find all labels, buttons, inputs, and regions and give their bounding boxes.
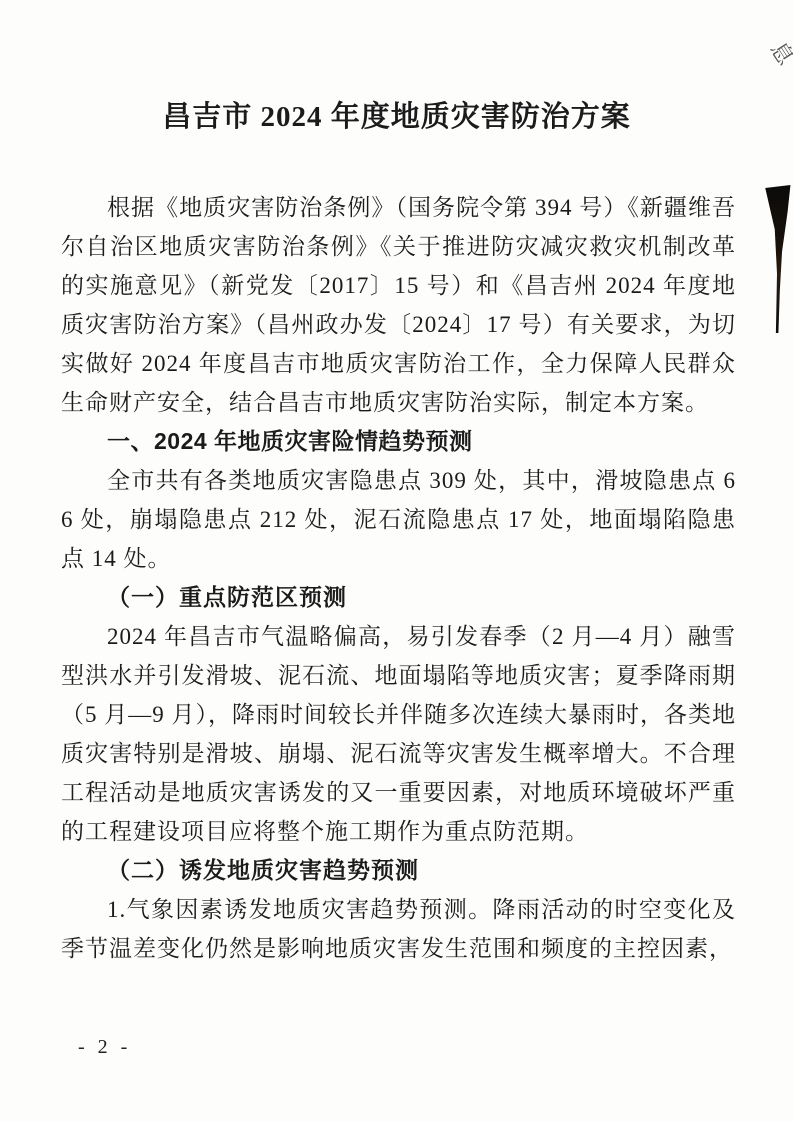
page-number: - 2 - bbox=[78, 1036, 131, 1059]
document-page: 预息 昌吉市 2024 年度地质灾害防治方案 根据《地质灾害防治条例》（国务院令… bbox=[0, 0, 793, 1122]
handwriting-mark: 预息 bbox=[760, 18, 793, 74]
scan-artifact bbox=[763, 185, 791, 333]
paragraph-key-prevention-zones: 2024 年昌吉市气温略偏高，易引发春季（2 月—4 月）融雪型洪水并引发滑坡、… bbox=[61, 617, 736, 851]
section-heading-1: 一、2024 年地质灾害险情趋势预测 bbox=[61, 422, 736, 461]
document-title: 昌吉市 2024 年度地质灾害防治方案 bbox=[70, 96, 723, 138]
paragraph-intro: 根据《地质灾害防治条例》（国务院令第 394 号）《新疆维吾尔自治区地质灾害防治… bbox=[61, 188, 736, 422]
subsection-heading-1: （一）重点防范区预测 bbox=[61, 578, 736, 617]
paragraph-hazard-counts: 全市共有各类地质灾害隐患点 309 处，其中，滑坡隐患点 66 处，崩塌隐患点 … bbox=[61, 461, 736, 578]
subsection-heading-2: （二）诱发地质灾害趋势预测 bbox=[61, 851, 736, 890]
document-body: 根据《地质灾害防治条例》（国务院令第 394 号）《新疆维吾尔自治区地质灾害防治… bbox=[61, 188, 736, 968]
paragraph-trigger-trend: 1.气象因素诱发地质灾害趋势预测。降雨活动的时空变化及季节温差变化仍然是影响地质… bbox=[61, 890, 736, 968]
